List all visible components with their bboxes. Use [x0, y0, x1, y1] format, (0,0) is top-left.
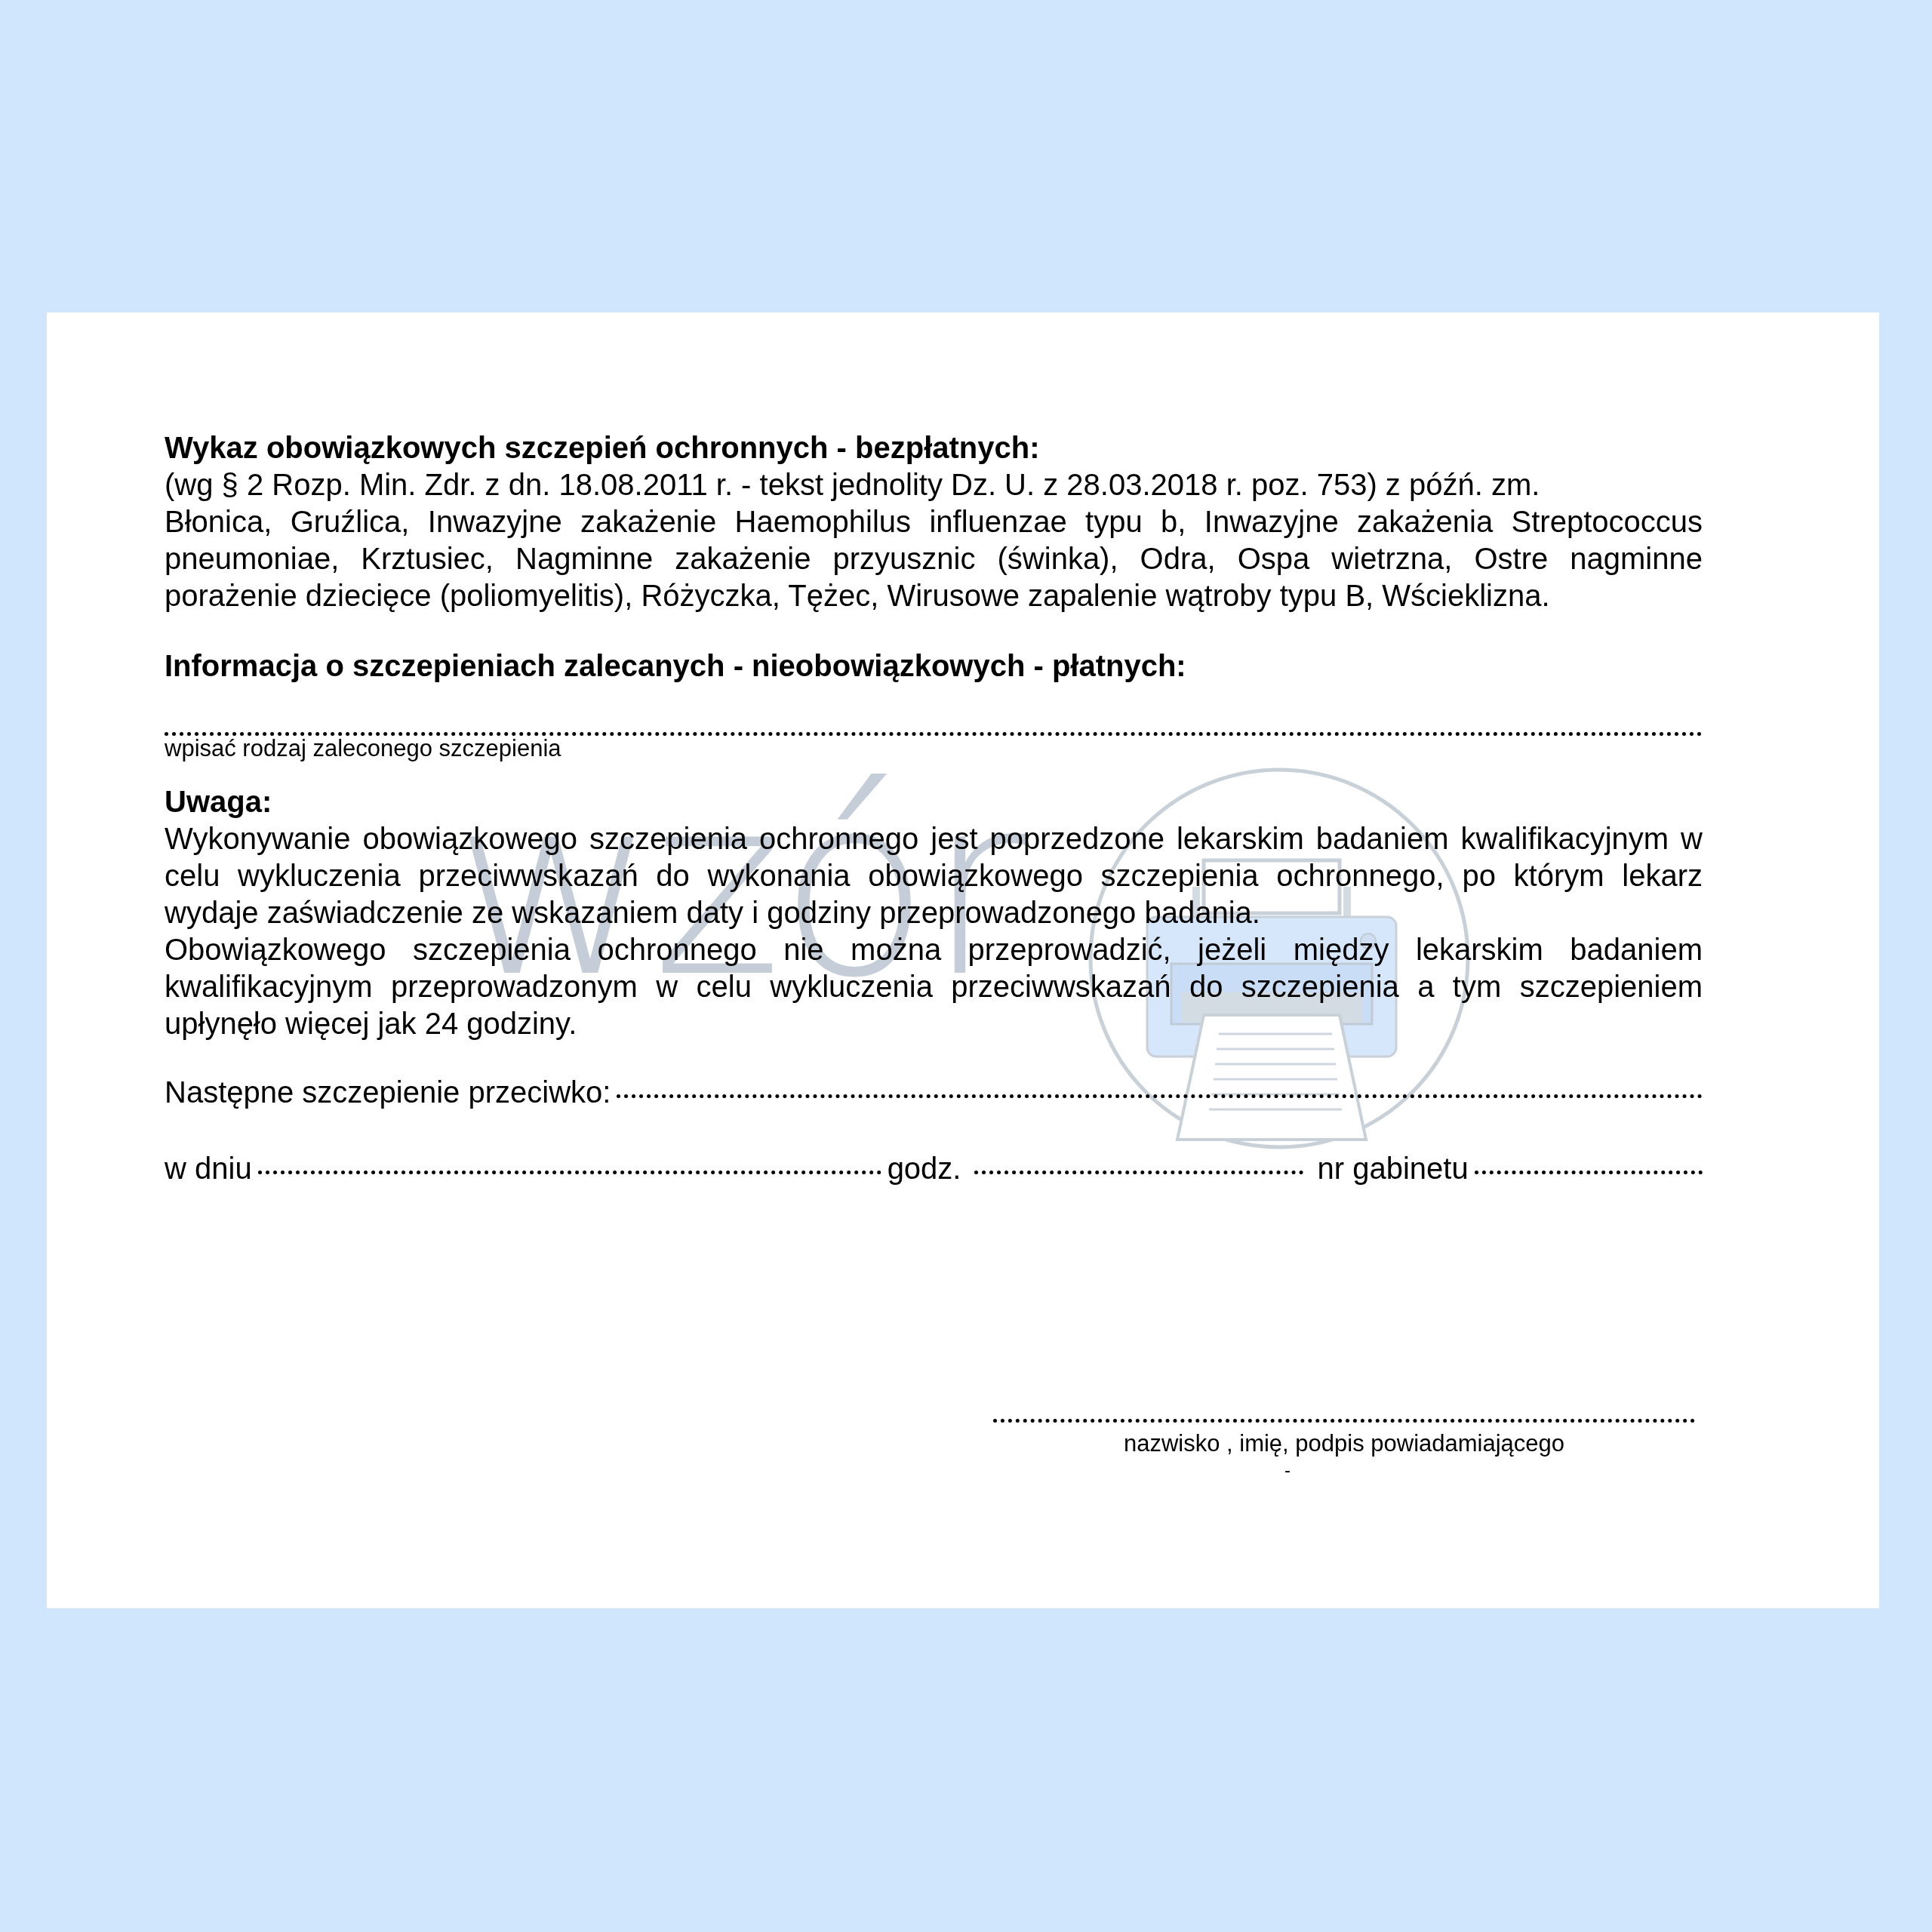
signature-mark: -	[880, 1463, 1695, 1478]
signature-block: nazwisko , imię, podpis powiadamiającego…	[993, 1404, 1695, 1478]
signature-caption: nazwisko , imię, podpis powiadamiającego	[993, 1429, 1695, 1459]
time-label: godz.	[888, 1151, 961, 1188]
room-label: nr gabinetu	[1317, 1151, 1468, 1188]
note-heading: Uwaga:	[165, 784, 1703, 821]
date-label: w dniu	[165, 1151, 252, 1188]
document-content: Wykaz obowiązkowych szczepień ochronnych…	[165, 430, 1703, 1188]
note-paragraph-2: Obowiązkowego szczepienia ochronnego nie…	[165, 932, 1703, 1043]
time-field[interactable]	[974, 1171, 1303, 1174]
legal-basis: (wg § 2 Rozp. Min. Zdr. z dn. 18.08.2011…	[165, 467, 1703, 504]
date-field[interactable]	[258, 1171, 881, 1174]
note-paragraph-1: Wykonywanie obowiązkowego szczepienia oc…	[165, 821, 1703, 932]
next-vaccination-field[interactable]	[617, 1094, 1703, 1098]
signature-field[interactable]	[993, 1404, 1695, 1423]
recommended-vaccination-field[interactable]	[165, 706, 1703, 736]
recommended-field-caption: wpisać rodzaj zaleconego szczepienia	[165, 736, 1703, 761]
mandatory-heading: Wykaz obowiązkowych szczepień ochronnych…	[165, 430, 1703, 467]
mandatory-diseases-list: Błonica, Gruźlica, Inwazyjne zakażenie H…	[165, 504, 1703, 615]
next-vaccination-label: Następne szczepienie przeciwko:	[165, 1075, 611, 1112]
recommended-heading: Informacja o szczepieniach zalecanych - …	[165, 648, 1703, 685]
appointment-row: w dniu godz. nr gabinetu	[165, 1151, 1703, 1188]
next-vaccination-row: Następne szczepienie przeciwko:	[165, 1075, 1703, 1112]
room-field[interactable]	[1475, 1171, 1703, 1174]
